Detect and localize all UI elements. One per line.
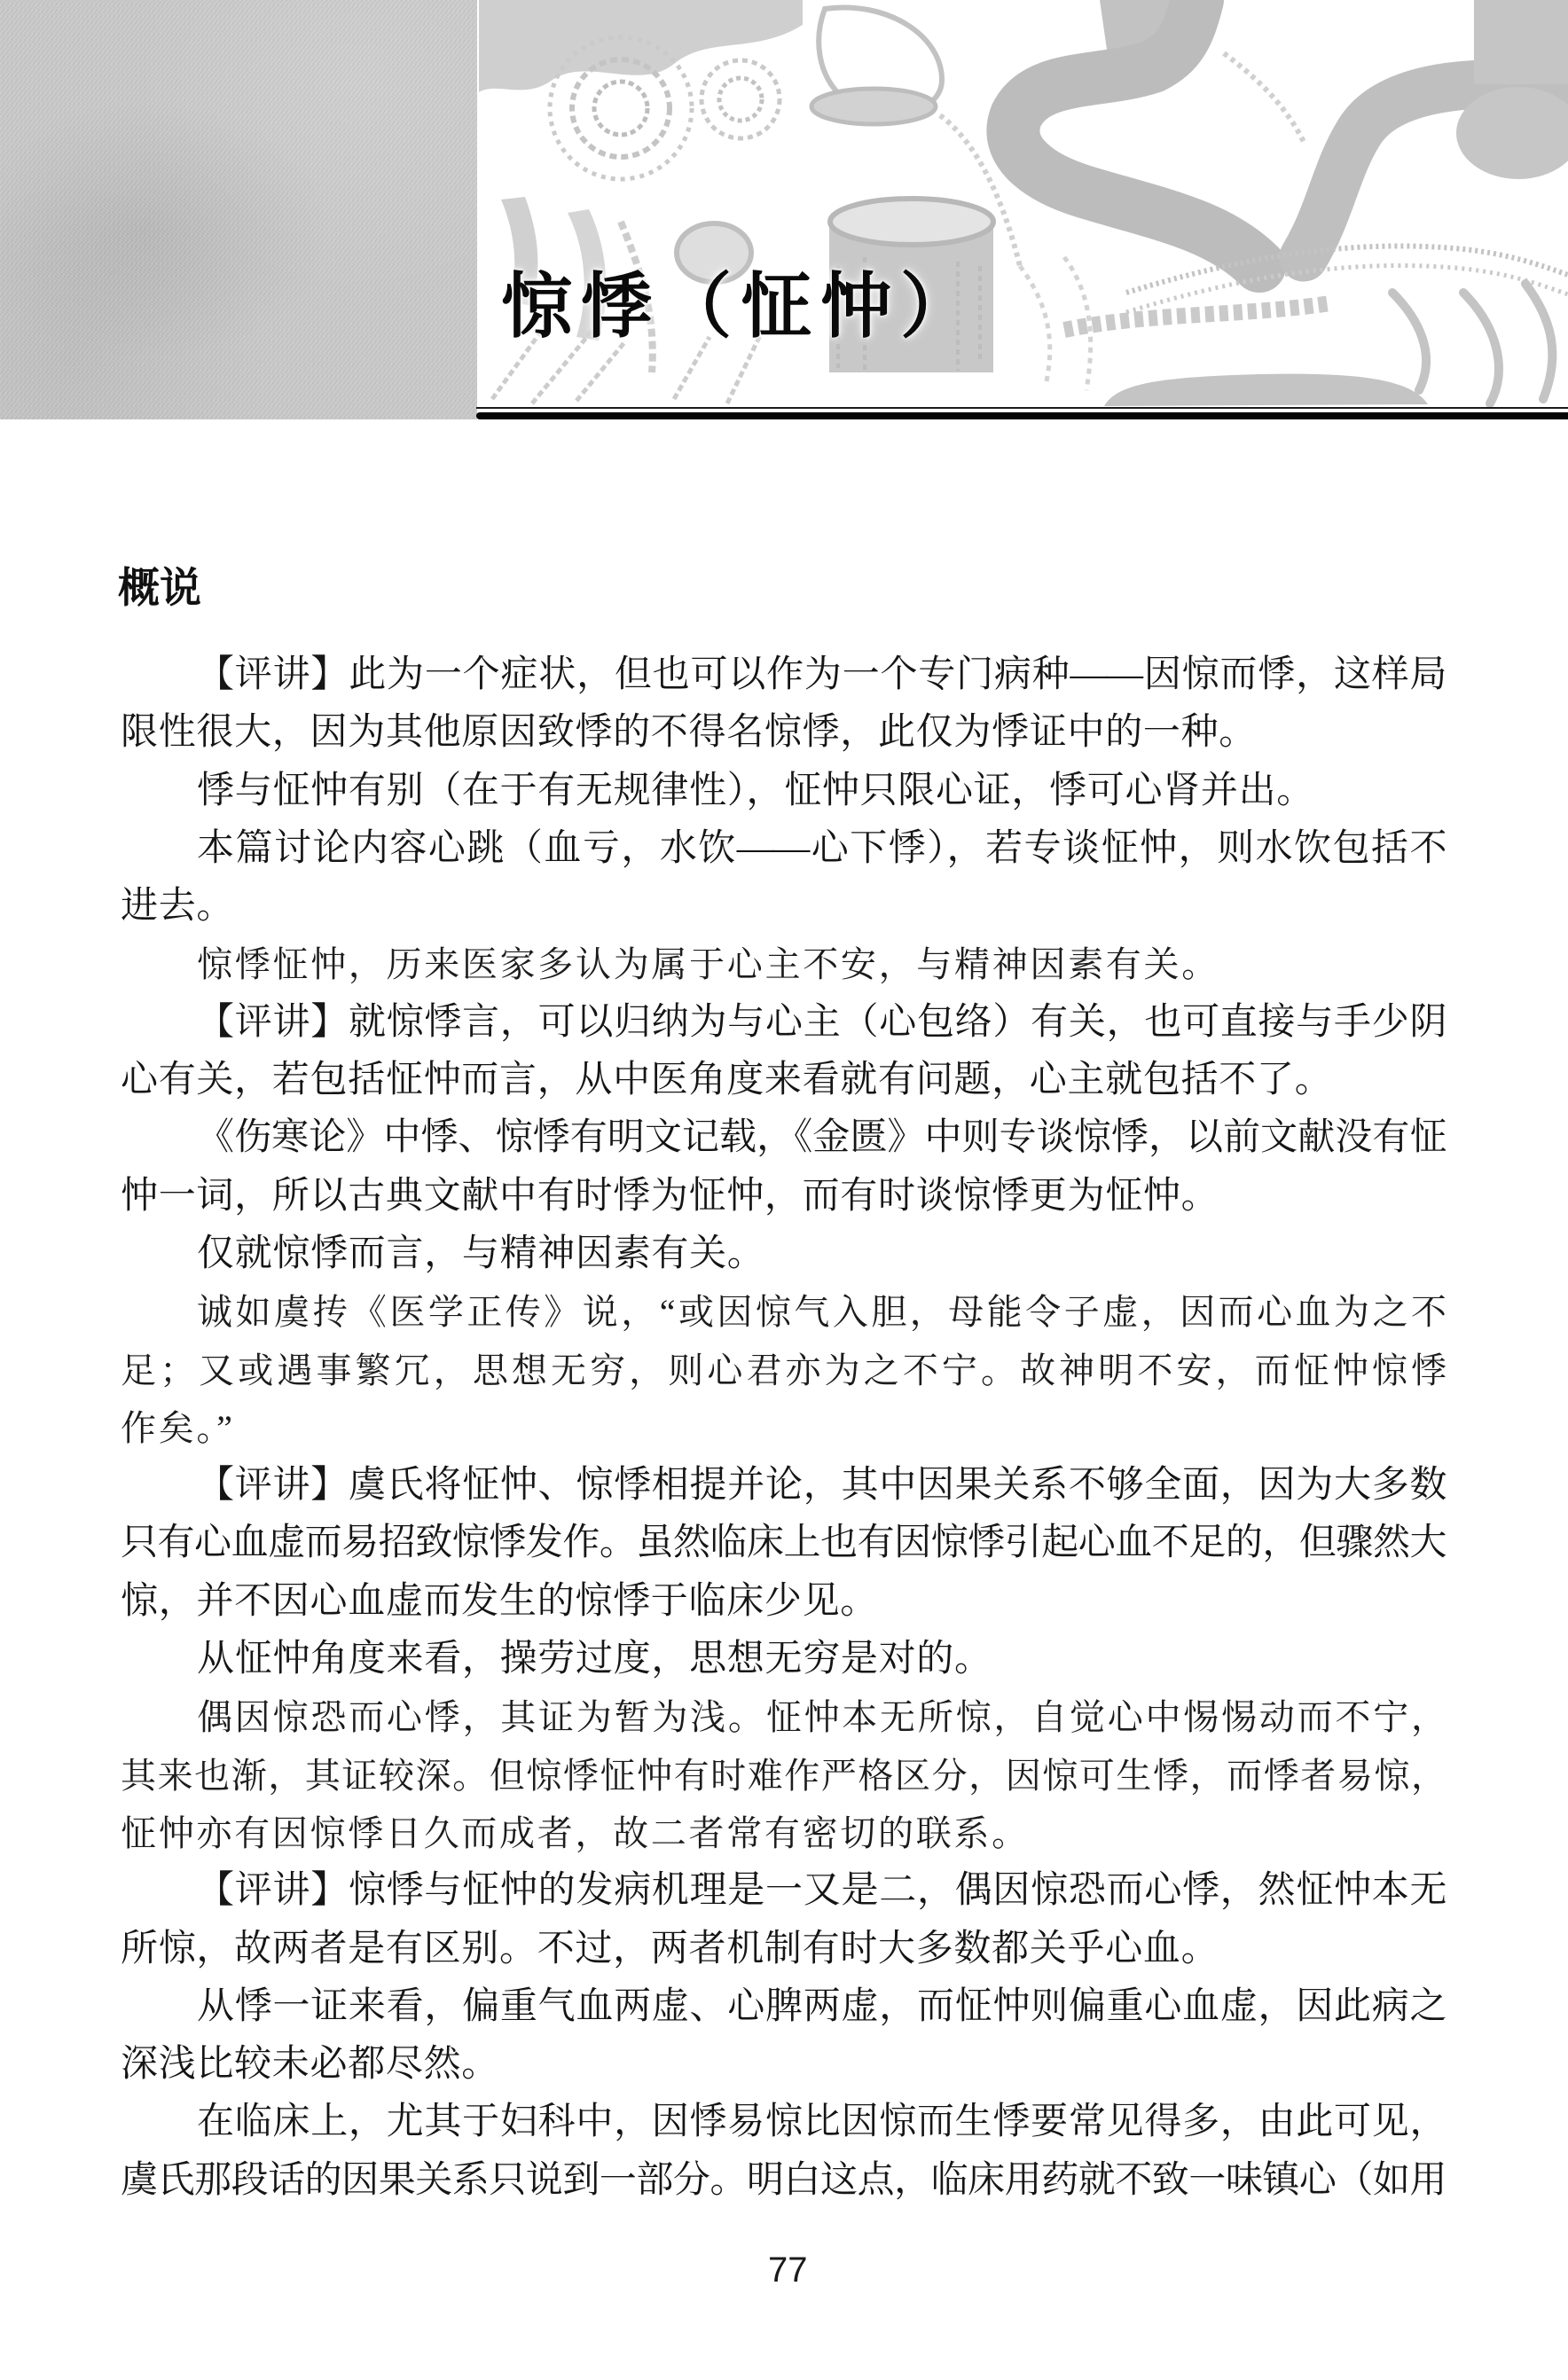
header-texture-panel xyxy=(0,0,477,419)
section-heading: 概说 xyxy=(118,568,201,610)
paragraph: 仅就惊悸而言，与精神因素有关。 xyxy=(121,1225,1446,1283)
source-quote: 惊悸怔忡，历来医家多认为属于心主不安，与精神因素有关。 xyxy=(121,936,1446,993)
chapter-header: 惊悸（怔忡） xyxy=(0,0,1568,426)
source-quote: 诚如虞抟《医学正传》说，“或因惊气入胆，母能令子虚，因而心血为之不 足；又或遇事… xyxy=(121,1283,1446,1457)
header-rule-thin xyxy=(476,407,1568,409)
text-line: 虞氏那段话的因果关系只说到一部分。明白这点，临床用药就不致一味镇心（如用 xyxy=(121,2152,1446,2210)
paragraph: 从怔忡角度来看，操劳过度，思想无穷是对的。 xyxy=(121,1631,1446,1688)
text-line: 悸与怔忡有别（在于有无规律性），怔忡只限心证，悸可心肾并出。 xyxy=(121,763,1446,820)
page-number: 77 xyxy=(768,2252,808,2288)
source-quote: 偶因惊恐而心悸，其证为暂为浅。怔忡本无所惊，自觉心中惕惕动而不宁， 其来也渐，其… xyxy=(121,1688,1446,1862)
book-page: 惊悸（怔忡） 概说 【评讲】此为一个症状，但也可以作为一个专门病种——因惊而悸，… xyxy=(0,0,1568,2380)
header-rule-thick xyxy=(476,412,1568,419)
commentary-label: 【评讲】 xyxy=(197,1465,349,1506)
text-line: 【评讲】此为一个症状，但也可以作为一个专门病种——因惊而悸，这样局 xyxy=(121,646,1446,704)
paragraph: 本篇讨论内容心跳（血亏，水饮——心下悸），若专谈怔忡，则水饮包括不 进去。 xyxy=(121,820,1446,936)
text-line: 仅就惊悸而言，与精神因素有关。 xyxy=(121,1225,1446,1283)
body-text: 【评讲】此为一个症状，但也可以作为一个专门病种——因惊而悸，这样局 限性很大，因… xyxy=(121,646,1446,2210)
text-line: 【评讲】就惊悸言，可以归纳为与心主（心包络）有关，也可直接与手少阴 xyxy=(121,994,1446,1052)
text-line: 从悸一证来看，偏重气血两虚、心脾两虚，而怔忡则偏重心血虚，因此病之 xyxy=(121,1978,1446,2036)
paragraph: 从悸一证来看，偏重气血两虚、心脾两虚，而怔忡则偏重心血虚，因此病之 深浅比较未必… xyxy=(121,1978,1446,2094)
paragraph: 【评讲】虞氏将怔忡、惊悸相提并论，其中因果关系不够全面，因为大多数 只有心血虚而… xyxy=(121,1457,1446,1631)
paragraph: 在临床上，尤其于妇科中，因悸易惊比因惊而生悸要常见得多，由此可见， 虞氏那段话的… xyxy=(121,2094,1446,2210)
text-line: 《伤寒论》中悸、惊悸有明文记载，《金匮》中则专谈惊悸，以前文献没有怔 xyxy=(121,1109,1446,1167)
commentary-label: 【评讲】 xyxy=(197,654,349,695)
text-line: 惊悸怔忡，历来医家多认为属于心主不安，与精神因素有关。 xyxy=(121,936,1446,993)
text-line: 忡一词，所以古典文献中有时悸为怔忡，而有时谈惊悸更为怔忡。 xyxy=(121,1168,1446,1225)
commentary-label: 【评讲】 xyxy=(197,1870,349,1911)
text-line: 进去。 xyxy=(121,878,1446,936)
paragraph: 悸与怔忡有别（在于有无规律性），怔忡只限心证，悸可心肾并出。 xyxy=(121,763,1446,820)
text-line: 惊，并不因心血虚而发生的惊悸于临床少见。 xyxy=(121,1573,1446,1631)
text-line: 怔忡亦有因惊悸日久而成者，故二者常有密切的联系。 xyxy=(121,1805,1446,1862)
line-text: 惊悸与怔忡的发病机理是一又是二，偶因惊恐而心悸，然怔忡本无 xyxy=(349,1870,1446,1911)
text-line: 从怔忡角度来看，操劳过度，思想无穷是对的。 xyxy=(121,1631,1446,1688)
line-text: 就惊悸言，可以归纳为与心主（心包络）有关，也可直接与手少阴 xyxy=(349,1002,1446,1043)
line-text: 此为一个症状，但也可以作为一个专门病种——因惊而悸，这样局 xyxy=(349,654,1446,695)
text-line: 诚如虞抟《医学正传》说，“或因惊气入胆，母能令子虚，因而心血为之不 xyxy=(121,1283,1446,1341)
text-line: 本篇讨论内容心跳（血亏，水饮——心下悸），若专谈怔忡，则水饮包括不 xyxy=(121,820,1446,878)
text-line: 作矣。” xyxy=(121,1399,1446,1457)
text-line: 心有关，若包括怔忡而言，从中医角度来看就有问题，心主就包括不了。 xyxy=(121,1052,1446,1109)
text-line: 深浅比较未必都尽然。 xyxy=(121,2036,1446,2094)
text-line: 其来也渐，其证较深。但惊悸怔忡有时难作严格区分，因惊可生悸，而悸者易惊， xyxy=(121,1747,1446,1805)
paragraph: 【评讲】惊悸与怔忡的发病机理是一又是二，偶因惊恐而心悸，然怔忡本无 所惊，故两者… xyxy=(121,1862,1446,1978)
line-text: 虞氏将怔忡、惊悸相提并论，其中因果关系不够全面，因为大多数 xyxy=(349,1465,1446,1506)
text-line: 在临床上，尤其于妇科中，因悸易惊比因惊而生悸要常见得多，由此可见， xyxy=(121,2094,1446,2151)
text-line: 限性很大，因为其他原因致悸的不得名惊悸，此仅为悸证中的一种。 xyxy=(121,704,1446,762)
paragraph: 《伤寒论》中悸、惊悸有明文记载，《金匮》中则专谈惊悸，以前文献没有怔 忡一词，所… xyxy=(121,1109,1446,1225)
text-line: 偶因惊恐而心悸，其证为暂为浅。怔忡本无所惊，自觉心中惕惕动而不宁， xyxy=(121,1688,1446,1746)
paragraph: 【评讲】就惊悸言，可以归纳为与心主（心包络）有关，也可直接与手少阴 心有关，若包… xyxy=(121,994,1446,1110)
text-line: 只有心血虚而易招致惊悸发作。虽然临床上也有因惊悸引起心血不足的，但骤然大 xyxy=(121,1515,1446,1572)
text-line: 所惊，故两者是有区别。不过，两者机制有时大多数都关乎心血。 xyxy=(121,1921,1446,1978)
text-line: 【评讲】虞氏将怔忡、惊悸相提并论，其中因果关系不够全面，因为大多数 xyxy=(121,1457,1446,1515)
chapter-title: 惊悸（怔忡） xyxy=(501,271,980,342)
text-line: 【评讲】惊悸与怔忡的发病机理是一又是二，偶因惊恐而心悸，然怔忡本无 xyxy=(121,1862,1446,1920)
text-line: 足；又或遇事繁冗，思想无穷，则心君亦为之不宁。故神明不安，而怔忡惊悸 xyxy=(121,1342,1446,1399)
commentary-label: 【评讲】 xyxy=(197,1002,349,1043)
paragraph: 【评讲】此为一个症状，但也可以作为一个专门病种——因惊而悸，这样局 限性很大，因… xyxy=(121,646,1446,763)
